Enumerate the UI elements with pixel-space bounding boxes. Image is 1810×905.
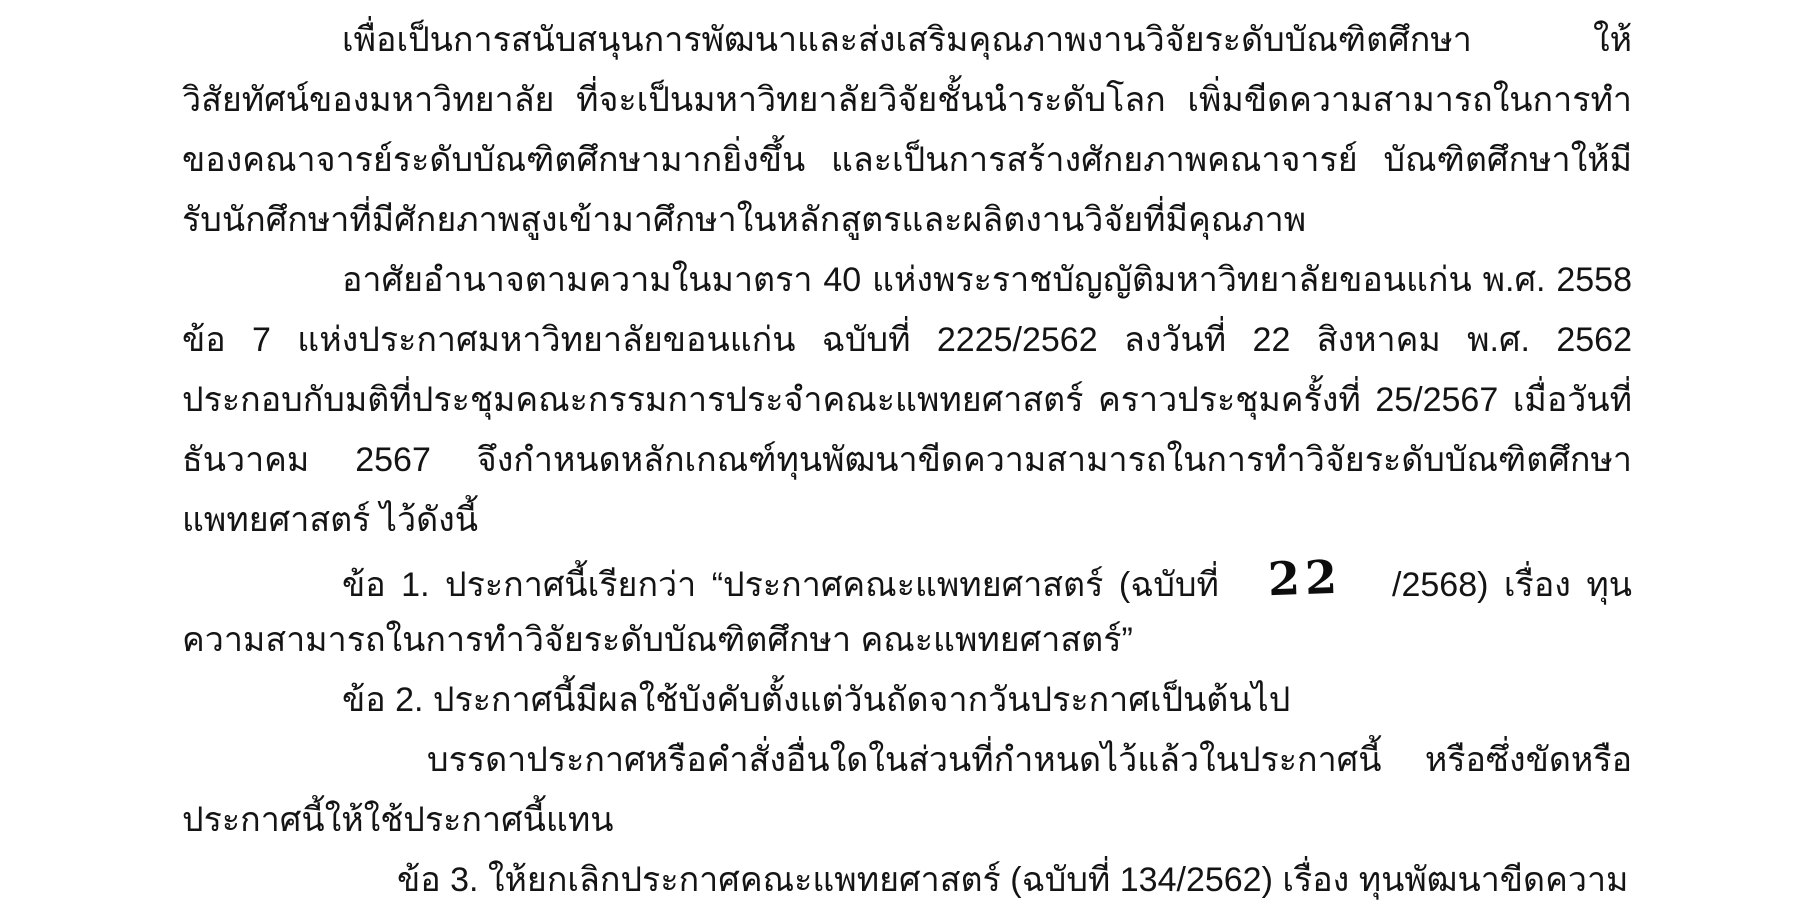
paragraph2-line1: อาศัยอำนาจตามความในมาตรา 40 แห่งพระราชบั…	[182, 250, 1632, 310]
clause-1-text-before: ข้อ 1. ประกาศนี้เรียกว่า “ประกาศคณะแพทยศ…	[342, 566, 1219, 604]
paragraph1-line2: วิสัยทัศน์ของมหาวิทยาลัย ที่จะเป็นมหาวิท…	[182, 70, 1632, 130]
document-page: เพื่อเป็นการสนับสนุนการพัฒนาและส่งเสริมค…	[0, 0, 1810, 905]
clause-2-subline1: บรรดาประกาศหรือคำสั่งอื่นใดในส่วนที่กำหน…	[182, 730, 1632, 790]
clause-1-line2: ความสามารถในการทำวิจัยระดับบัณฑิตศึกษา ค…	[182, 610, 1632, 670]
clause-1-line1: ข้อ 1. ประกาศนี้เรียกว่า “ประกาศคณะแพทยศ…	[182, 550, 1632, 610]
paragraph1-line1: เพื่อเป็นการสนับสนุนการพัฒนาและส่งเสริมค…	[182, 10, 1632, 70]
paragraph1-line4: รับนักศึกษาที่มีศักยภาพสูงเข้ามาศึกษาในห…	[182, 190, 1632, 250]
handwritten-issue-number: 22	[1267, 550, 1343, 609]
clause-3-line1-clipped: ข้อ 3. ให้ยกเลิกประกาศคณะแพทยศาสตร์ (ฉบั…	[182, 850, 1632, 905]
paragraph2-line3: ประกอบกับมติที่ประชุมคณะกรรมการประจำคณะแ…	[182, 370, 1632, 430]
paragraph1-line3: ของคณาจารย์ระดับบัณฑิตศึกษามากยิ่งขึ้น แ…	[182, 130, 1632, 190]
paragraph2-line2: ข้อ 7 แห่งประกาศมหาวิทยาลัยขอนแก่น ฉบับท…	[182, 310, 1632, 370]
clause-2-line1: ข้อ 2. ประกาศนี้มีผลใช้บังคับตั้งแต่วันถ…	[182, 670, 1632, 730]
clause-2-subline2: ประกาศนี้ให้ใช้ประกาศนี้แทน	[182, 790, 1632, 850]
paragraph2-line5: แพทยศาสตร์ ไว้ดังนี้	[182, 490, 1632, 550]
paragraph2-line4: ธันวาคม 2567 จึงกำหนดหลักเกณฑ์ทุนพัฒนาขี…	[182, 430, 1632, 490]
